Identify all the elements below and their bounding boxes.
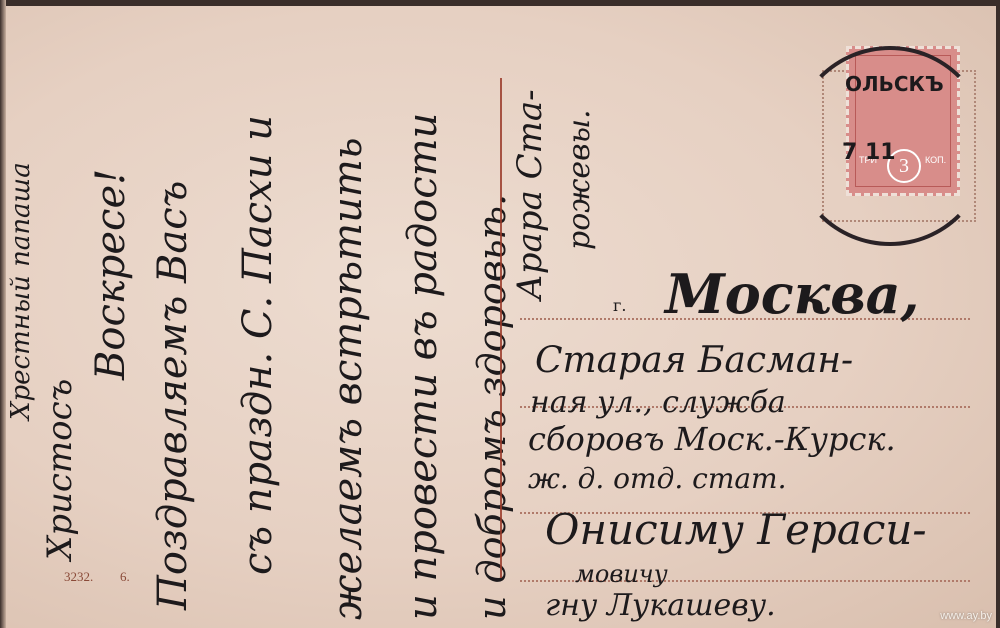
address-line: Старая Басман- xyxy=(535,340,853,381)
address-line: мовичу xyxy=(575,560,668,588)
message-line: и добромъ здоровьѣ. xyxy=(470,194,514,620)
address-line: сборовъ Моск.-Курск. xyxy=(528,420,896,458)
print-number: 3232. xyxy=(64,569,93,585)
message-line: Арара Ста- xyxy=(510,89,550,300)
postmark-date: 7 11 xyxy=(842,140,896,165)
center-divider xyxy=(500,78,502,578)
city-prefix: г. xyxy=(613,296,626,315)
message-line: желаемъ встрѣтить xyxy=(325,137,371,620)
postmark-place: ОЛЬСКЪ xyxy=(845,72,944,96)
message-line: Христосъ xyxy=(40,379,80,560)
message-line: рожевы. xyxy=(562,109,597,250)
address-line: гну Лукашеву. xyxy=(545,588,776,623)
message-line: Хрестный папаша xyxy=(6,162,36,420)
message-line: Воскресе! xyxy=(88,169,134,380)
city-name: Москва, xyxy=(665,262,919,326)
message-line: съ праздн. С. Пасхи и xyxy=(235,115,281,575)
postcard-edge-right xyxy=(996,0,1000,628)
address-line: ж. д. отд. стат. xyxy=(528,462,787,495)
message-line: Поздравляемъ Васъ xyxy=(150,181,196,610)
print-number: 6. xyxy=(120,569,130,585)
address-line: ная ул., служба xyxy=(530,385,786,420)
message-line: и провести въ радости xyxy=(400,113,446,620)
postcard-edge-top xyxy=(0,0,1000,6)
watermark: www.ay.by xyxy=(940,610,992,622)
postcard: Христосъ Хрестный папаша Воскресе! Поздр… xyxy=(0,0,1000,628)
address-line: Онисиму Гераси- xyxy=(545,505,927,554)
